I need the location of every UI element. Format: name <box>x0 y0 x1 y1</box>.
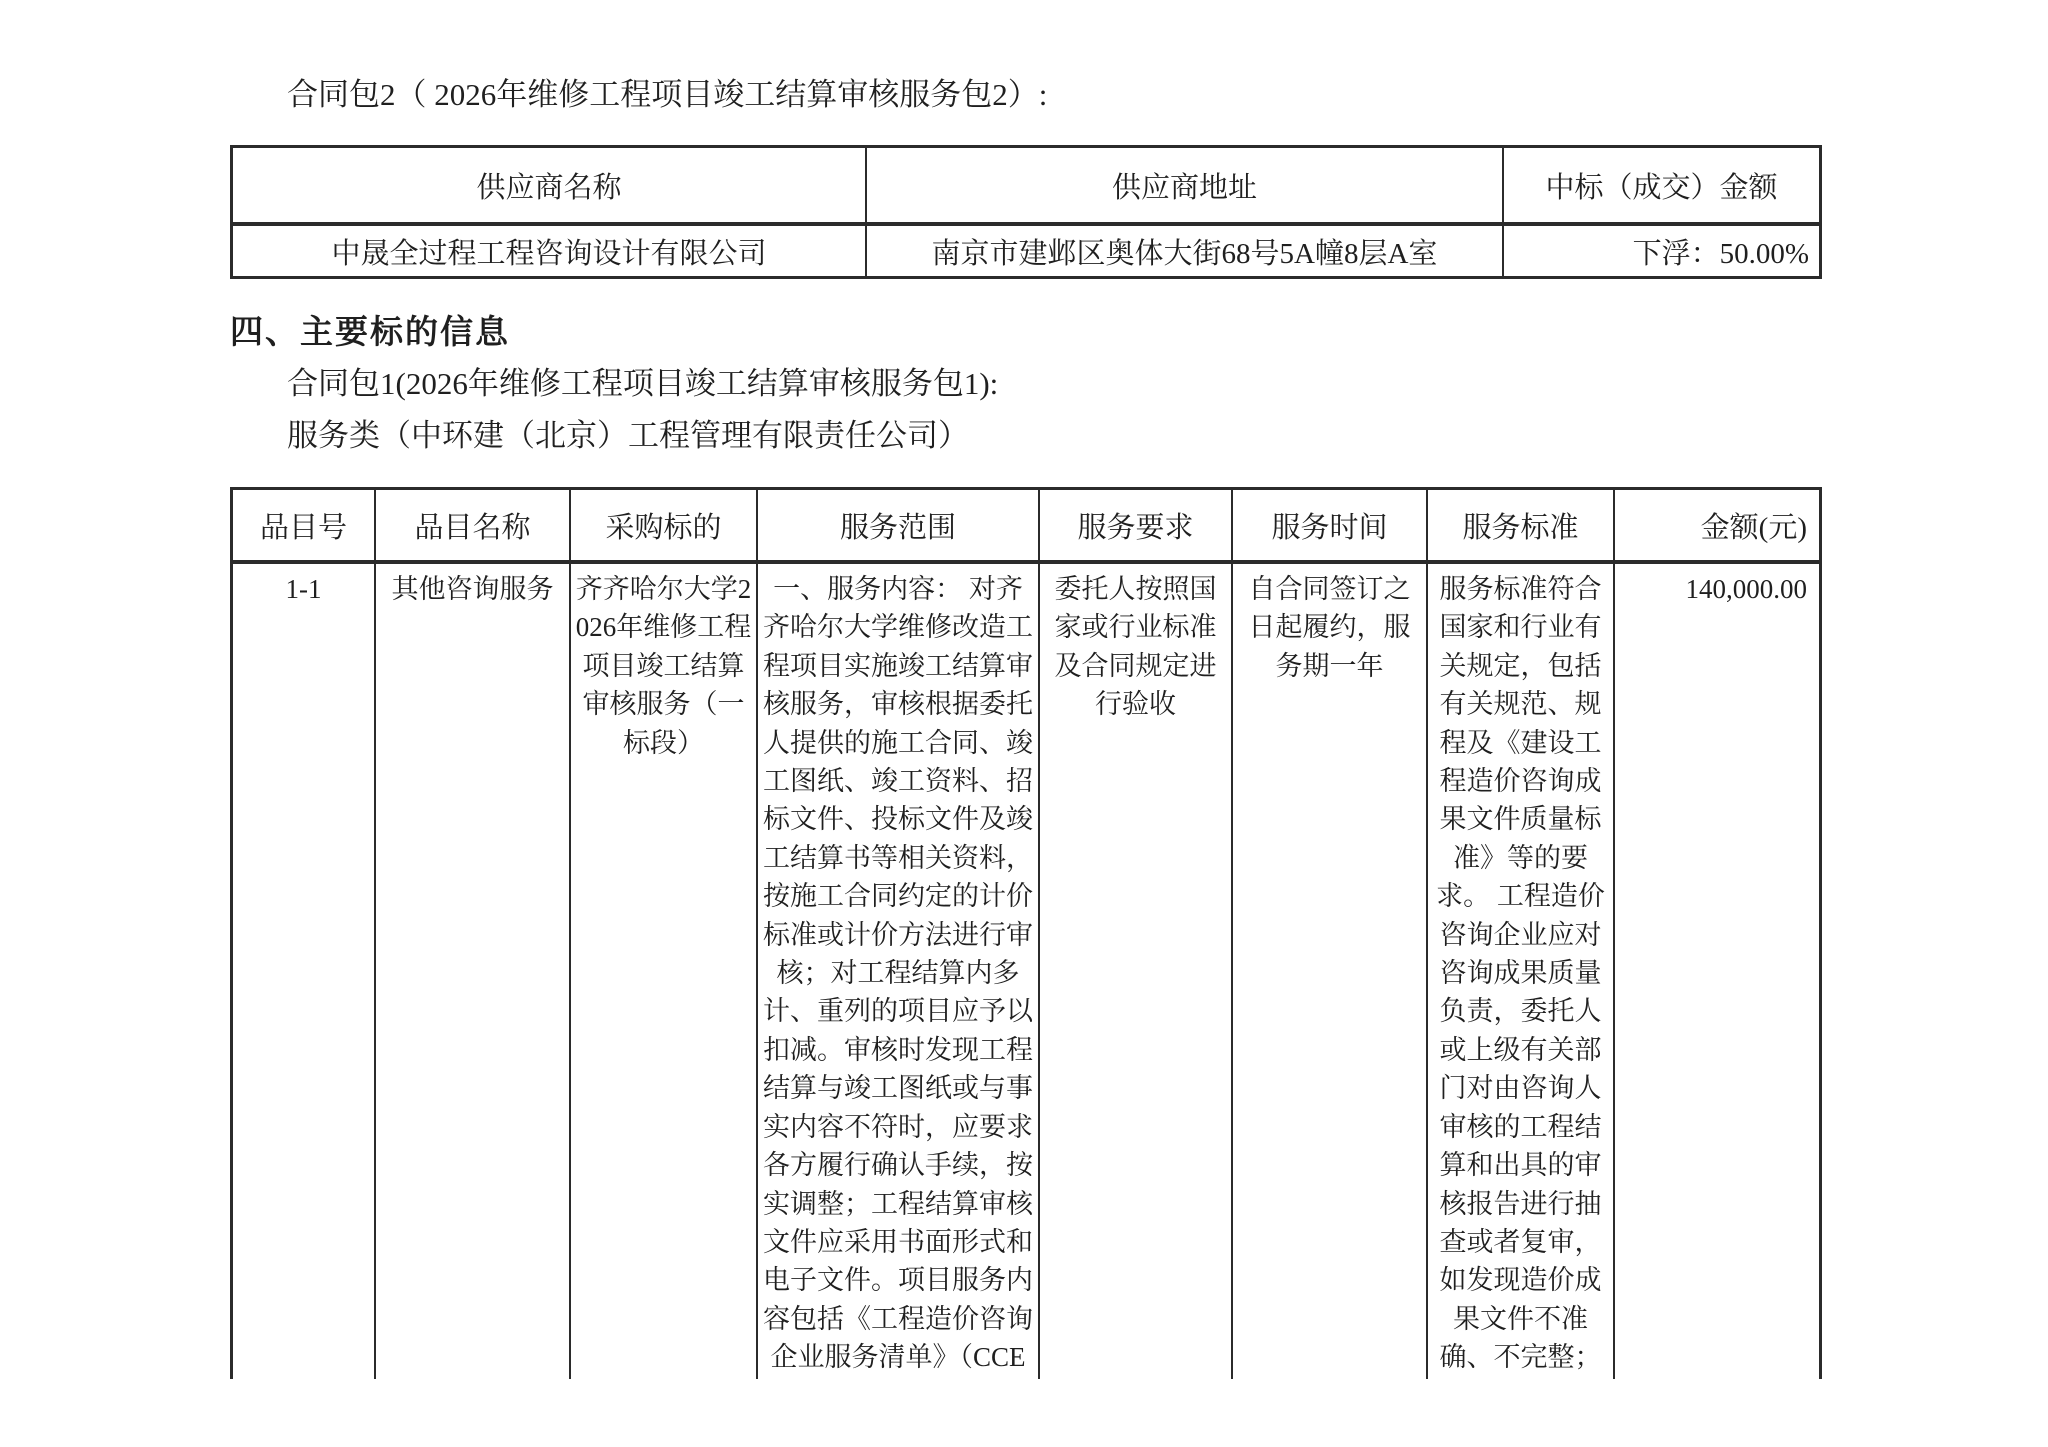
item-no-cell: 1-1 <box>233 564 376 1379</box>
service-scope-cell: 一、服务内容： 对齐 齐哈尔大学维修改造工 程项目实施竣工结算审 核服务，审核根… <box>758 564 1040 1379</box>
procurement-target-header: 采购标的 <box>571 490 758 560</box>
document-page: 合同包2（ 2026年维修工程项目竣工结算审核服务包2）: 供应商名称 供应商地… <box>0 0 2048 1447</box>
supplier-address-header: 供应商地址 <box>867 148 1504 222</box>
section-heading: 四、主要标的信息 <box>230 306 510 353</box>
supplier-name-header: 供应商名称 <box>233 148 867 222</box>
supplier-table-header-row: 供应商名称 供应商地址 中标（成交）金额 <box>233 148 1819 226</box>
supplier-name-cell: 中晟全过程工程咨询设计有限公司 <box>233 226 867 276</box>
service-requirement-cell: 委托人按照国 家或行业标准 及合同规定进 行验收 <box>1040 564 1233 1379</box>
award-amount-header: 中标（成交）金额 <box>1504 148 1819 222</box>
item-name-cell: 其他咨询服务 <box>376 564 571 1379</box>
service-time-header: 服务时间 <box>1233 490 1428 560</box>
amount-header: 金额(元) <box>1615 490 1819 560</box>
service-standard-header: 服务标准 <box>1428 490 1615 560</box>
table-row: 中晟全过程工程咨询设计有限公司 南京市建邺区奥体大街68号5A幢8层A室 下浮：… <box>233 226 1819 276</box>
service-scope-header: 服务范围 <box>758 490 1040 560</box>
package1-heading: 合同包1(2026年维修工程项目竣工结算审核服务包1): <box>287 365 998 403</box>
service-class-line: 服务类（中环建（北京）工程管理有限责任公司） <box>287 417 969 455</box>
items-table-header-row: 品目号 品目名称 采购标的 服务范围 服务要求 服务时间 服务标准 金额(元) <box>233 490 1819 564</box>
item-no-header: 品目号 <box>233 490 376 560</box>
package2-heading: 合同包2（ 2026年维修工程项目竣工结算审核服务包2）: <box>287 76 1047 114</box>
amount-cell: 140,000.00 <box>1615 564 1819 1379</box>
item-name-header: 品目名称 <box>376 490 571 560</box>
procurement-target-cell: 齐齐哈尔大学2 026年维修工程 项目竣工结算 审核服务（一 标段） <box>571 564 758 1379</box>
service-requirement-header: 服务要求 <box>1040 490 1233 560</box>
award-amount-cell: 下浮：50.00% <box>1504 226 1819 276</box>
supplier-table: 供应商名称 供应商地址 中标（成交）金额 中晟全过程工程咨询设计有限公司 南京市… <box>230 145 1822 279</box>
supplier-address-cell: 南京市建邺区奥体大街68号5A幢8层A室 <box>867 226 1504 276</box>
service-standard-cell: 服务标准符合 国家和行业有 关规定，包括 有关规范、规 程及《建设工 程造价咨询… <box>1428 564 1615 1379</box>
items-table: 品目号 品目名称 采购标的 服务范围 服务要求 服务时间 服务标准 金额(元) … <box>230 487 1822 1379</box>
service-time-cell: 自合同签订之 日起履约，服 务期一年 <box>1233 564 1428 1379</box>
table-row: 1-1 其他咨询服务 齐齐哈尔大学2 026年维修工程 项目竣工结算 审核服务（… <box>233 564 1819 1379</box>
